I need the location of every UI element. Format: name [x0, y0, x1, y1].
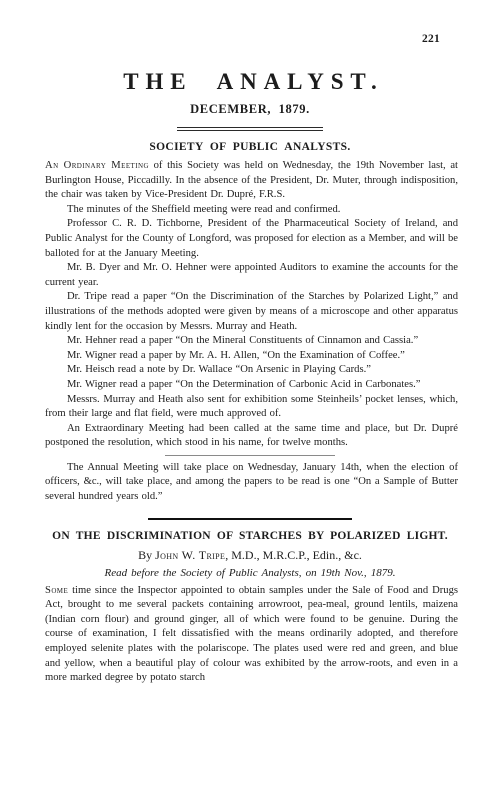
paragraph: Mr. Wigner read a paper by Mr. A. H. All… [45, 349, 458, 364]
society-proceedings-body: An Ordinary Meeting of this Society was … [45, 159, 458, 451]
paragraph-lead: An Ordinary Meeting [45, 160, 149, 171]
article-title: ON THE DISCRIMINATION OF STARCHES BY POL… [0, 530, 500, 543]
paragraph: Mr. Wigner read a paper “On the Determin… [45, 378, 458, 393]
announcement-block: The Annual Meeting will take place on We… [45, 461, 458, 505]
paragraph-text: time since the Inspector appointed to ob… [45, 585, 458, 684]
article-byline: By John W. Tripe, M.D., M.R.C.P., Edin.,… [0, 549, 500, 562]
issue-date: DECEMBER, 1879. [0, 103, 500, 116]
paragraph: Some time since the Inspector appointed … [45, 584, 458, 686]
journal-title: THE ANALYST. [0, 70, 500, 94]
section-heading: SOCIETY OF PUBLIC ANALYSTS. [0, 141, 500, 153]
paragraph: Mr. Heisch read a note by Dr. Wallace “O… [45, 363, 458, 378]
paragraph: An Extraordinary Meeting had been called… [45, 422, 458, 451]
masthead-divider [177, 127, 323, 131]
paragraph: Mr. Hehner read a paper “On the Mineral … [45, 334, 458, 349]
journal-page: 221 THE ANALYST. DECEMBER, 1879. SOCIETY… [0, 0, 500, 792]
masthead: THE ANALYST. DECEMBER, 1879. [0, 70, 500, 131]
byline-suffix: , M.D., M.R.C.P., Edin., &c. [225, 548, 362, 562]
article-author: John W. Tripe [155, 548, 225, 562]
byline-prefix: By [138, 548, 155, 562]
read-before-line: Read before the Society of Public Analys… [0, 567, 500, 579]
article-section: ON THE DISCRIMINATION OF STARCHES BY POL… [0, 530, 500, 686]
paragraph: The minutes of the Sheffield meeting wer… [45, 203, 458, 218]
paragraph: An Ordinary Meeting of this Society was … [45, 159, 458, 203]
society-proceedings-section: SOCIETY OF PUBLIC ANALYSTS. An Ordinary … [0, 141, 500, 451]
article-divider [148, 518, 352, 520]
paragraph: Professor C. R. D. Tichborne, President … [45, 217, 458, 261]
section-divider [165, 455, 335, 456]
paragraph: Mr. B. Dyer and Mr. O. Hehner were appoi… [45, 261, 458, 290]
paragraph: Messrs. Murray and Heath also sent for e… [45, 393, 458, 422]
paragraph-lead: Some [45, 585, 68, 596]
paragraph: Dr. Tripe read a paper “On the Discrimin… [45, 290, 458, 334]
page-number: 221 [422, 33, 440, 45]
paragraph: The Annual Meeting will take place on We… [45, 461, 458, 505]
article-body: Some time since the Inspector appointed … [45, 584, 458, 686]
